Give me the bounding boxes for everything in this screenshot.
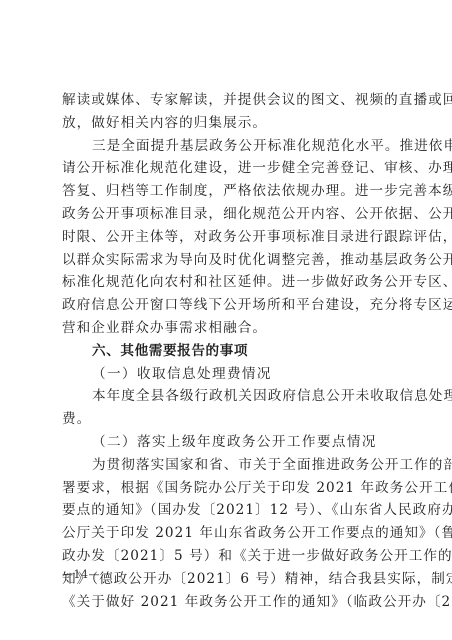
- text-line: 政务公开事项标准目录，细化规范公开内容、公开依据、公开: [62, 203, 392, 226]
- text-line: 答复、归档等工作制度，严格依法依规办理。进一步完善本级: [62, 180, 392, 203]
- document-body: 解读或媒体、专家解读，并提供会议的图文、视频的直播或回放，做好相关内容的归集展示…: [62, 89, 392, 613]
- paragraph-start-line: 本年度全县各级行政机关因政府信息公开未收取信息处理: [62, 385, 392, 408]
- text-line: 公厅关于印发 2021 年山东省政务公开工作要点的通知》（鲁: [62, 522, 392, 545]
- text-line: 署要求，根据《国务院办公厅关于印发 2021 年政务公开工作: [62, 477, 392, 500]
- paragraph-start-line: 为贯彻落实国家和省、市关于全面推进政务公开工作的部: [62, 454, 392, 477]
- text-line: 《关于做好 2021 年政务公开工作的通知》（临政公开办〔2021〕: [62, 591, 392, 614]
- text-line: 知》（德政公开办〔2021〕6 号）精神，结合我县实际，制定: [62, 568, 392, 591]
- paragraph-end-line: 放，做好相关内容的归集展示。: [62, 112, 392, 135]
- subsection-heading: （二）落实上级年度政务公开工作要点情况: [62, 431, 392, 454]
- paragraph-end-line: 营和企业群众办事需求相融合。: [62, 317, 392, 340]
- paragraph-start-line: 三是全面提升基层政务公开标准化规范化水平。推进依申: [62, 135, 392, 158]
- subsection-heading: （一）收取信息处理费情况: [62, 363, 392, 386]
- document-page: 解读或媒体、专家解读，并提供会议的图文、视频的直播或回放，做好相关内容的归集展示…: [0, 0, 452, 640]
- text-line: 请公开标准化规范化建设，进一步健全完善登记、审核、办理、: [62, 157, 392, 180]
- text-line: 要点的通知》（国办发〔2021〕12 号）、《山东省人民政府办: [62, 499, 392, 522]
- text-line: 时限、公开主体等，对政务公开事项标准目录进行跟踪评估，: [62, 226, 392, 249]
- text-line: 政办发〔2021〕5 号）和《关于进一步做好政务公开工作的通: [62, 545, 392, 568]
- text-line: 以群众实际需求为导向及时优化调整完善，推动基层政务公开: [62, 249, 392, 272]
- section-heading: 六、其他需要报告的事项: [62, 340, 392, 363]
- text-line: 标准化规范化向农村和社区延伸。进一步做好政务公开专区、: [62, 271, 392, 294]
- page-number: —14—: [62, 568, 100, 581]
- text-line: 政府信息公开窗口等线下公开场所和平台建设，充分将专区运: [62, 294, 392, 317]
- paragraph-end-line: 费。: [62, 408, 392, 431]
- text-line: 解读或媒体、专家解读，并提供会议的图文、视频的直播或回: [62, 89, 392, 112]
